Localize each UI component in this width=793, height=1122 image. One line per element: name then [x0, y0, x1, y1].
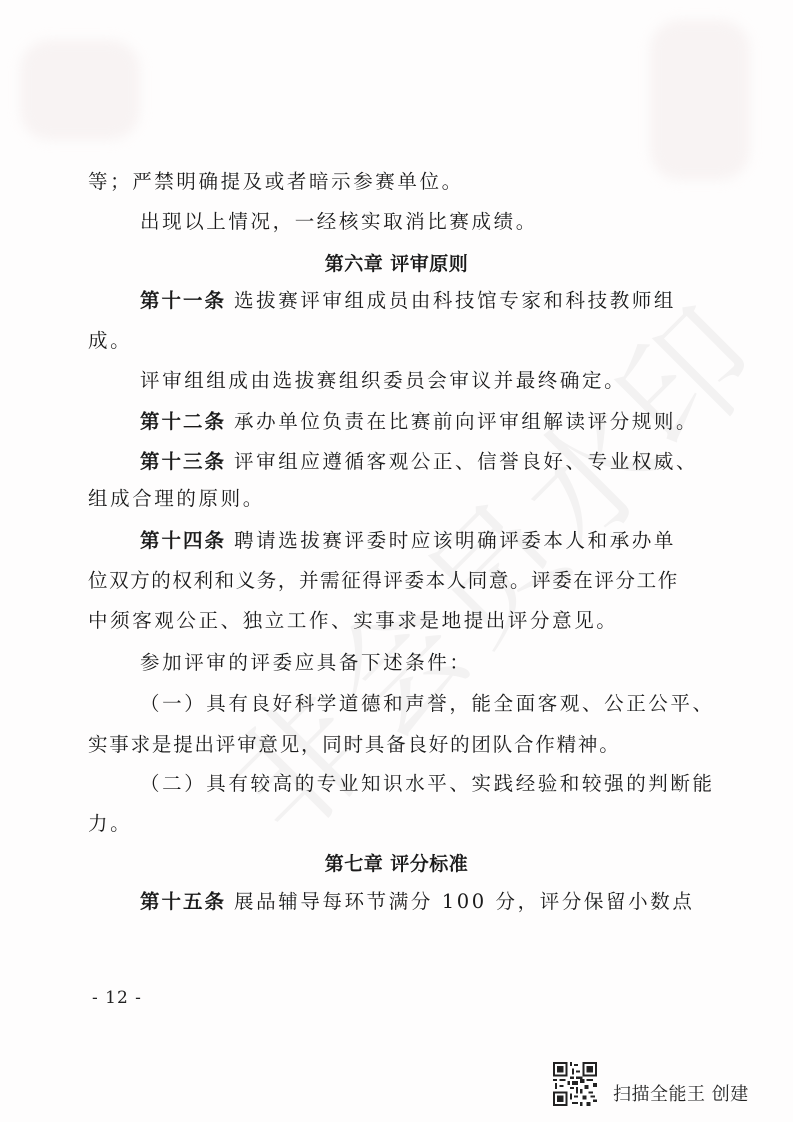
list-item-line: （一）具有良好科学道德和声誉，能全面客观、公正公平、 [140, 692, 700, 716]
article-text: 承办单位负责在比赛前向评审组解读评分规则。 [234, 410, 698, 433]
article-number: 第十五条 [140, 890, 226, 913]
body-line: 中须客观公正、独立工作、实事求是地提出评分意见。 [88, 609, 700, 633]
qr-code-icon [553, 1062, 597, 1106]
scan-smudge [20, 40, 140, 140]
article-line: 第十三条评审组应遵循客观公正、信誉良好、专业权威、 [140, 450, 700, 474]
body-line: 出现以上情况，一经核实取消比赛成绩。 [140, 210, 700, 234]
body-line: 评审组组成由选拔赛组织委员会审议并最终确定。 [140, 369, 700, 393]
scan-smudge [650, 20, 750, 180]
body-line: 力。 [88, 812, 700, 836]
body-line: 位双方的权利和义务，并需征得评委本人同意。评委在评分工作 [88, 569, 700, 593]
article-text: 评审组应遵循客观公正、信誉良好、专业权威、 [234, 450, 698, 473]
article-number: 第十四条 [140, 529, 226, 552]
article-text: 选拔赛评审组成员由科技馆专家和科技教师组 [234, 289, 676, 312]
article-number: 第十三条 [140, 450, 226, 473]
document-page: 非会员水印 等；严禁明确提及或者暗示参赛单位。 出现以上情况，一经核实取消比赛成… [0, 0, 793, 1122]
article-text: 聘请选拔赛评委时应该明确评委本人和承办单 [234, 529, 676, 552]
article-line: 第十二条承办单位负责在比赛前向评审组解读评分规则。 [140, 410, 700, 434]
body-line: 参加评审的评委应具备下述条件： [140, 651, 700, 675]
article-number: 第十二条 [140, 410, 226, 433]
body-line: 组成合理的原则。 [88, 487, 700, 511]
scanner-brand-label: 扫描全能王 创建 [613, 1080, 749, 1106]
chapter-heading: 第七章 评分标准 [0, 852, 793, 876]
body-line: 等；严禁明确提及或者暗示参赛单位。 [88, 170, 700, 194]
article-line: 第十四条聘请选拔赛评委时应该明确评委本人和承办单 [140, 529, 700, 553]
article-text: 展品辅导每环节满分 100 分，评分保留小数点 [234, 890, 694, 913]
list-item-line: （二）具有较高的专业知识水平、实践经验和较强的判断能 [140, 772, 700, 796]
article-number: 第十一条 [140, 289, 226, 312]
body-line: 实事求是提出评审意见，同时具备良好的团队合作精神。 [88, 733, 700, 757]
body-line: 成。 [88, 329, 700, 353]
article-line: 第十五条展品辅导每环节满分 100 分，评分保留小数点 [140, 890, 700, 914]
chapter-heading: 第六章 评审原则 [0, 252, 793, 276]
scanner-brand-footer: 扫描全能王 创建 [553, 1060, 749, 1106]
page-number: - 12 - [92, 988, 142, 1008]
article-line: 第十一条选拔赛评审组成员由科技馆专家和科技教师组 [140, 289, 700, 313]
